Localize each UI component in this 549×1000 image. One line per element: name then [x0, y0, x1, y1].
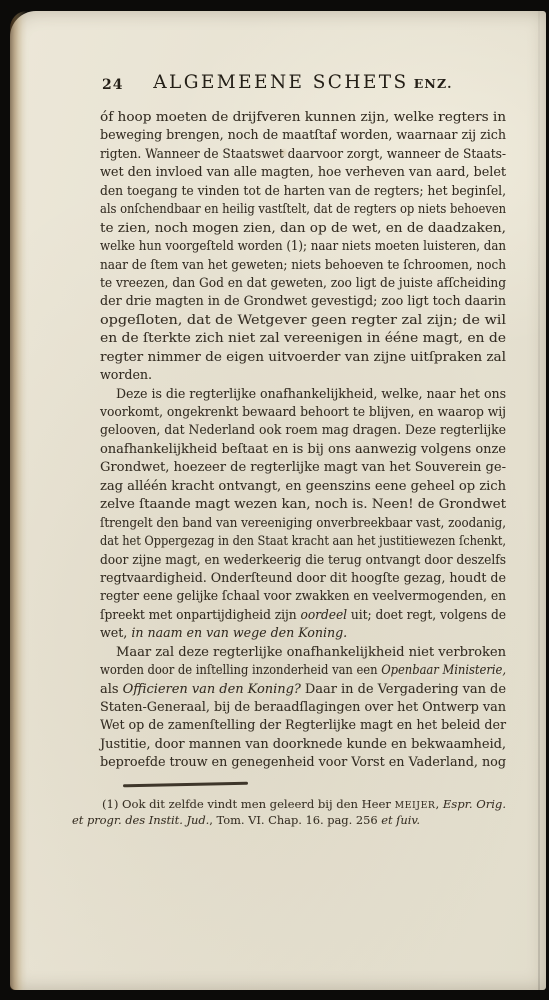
text-line: voorkomt, ongekrenkt bewaard behoort te … — [100, 403, 506, 421]
text-line: beweging brengen, noch de maatſtaf worde… — [100, 126, 506, 144]
text-segment: gelooven, dat Nederland ook roem mag dra… — [100, 422, 506, 437]
text-line: Wet op de zamenſtelling der Regterlijke … — [100, 716, 506, 734]
text-line: Deze is die regterlijke onafhankelijkhei… — [100, 385, 506, 403]
text-segment: rigten. Wanneer de Staatswet daarvoor zo… — [100, 146, 506, 161]
text-segment: beweging brengen, noch de maatſtaf worde… — [100, 127, 506, 142]
text-line: regtvaardigheid. Onderſteund door dit ho… — [100, 569, 506, 587]
text-segment: regter eene gelijke ſchaal voor zwakken … — [100, 588, 506, 603]
text-segment: Wet op de zamenſtelling der Regterlijke … — [100, 717, 506, 732]
text-line: wet den invloed van alle magten, hoe ver… — [100, 163, 506, 181]
text-line: regter nimmer de eigen uitvoerder van zi… — [100, 348, 506, 366]
text-segment: welke hun voorgeſteld worden (1); naar n… — [100, 238, 506, 253]
footnote-line: et progr. des Instit. Jud., Tom. VI. Cha… — [72, 813, 506, 829]
book-page: 24 ALGEMEENE SCHETS enz. óf hoop moeten … — [10, 11, 546, 990]
text-segment: te zien, noch mogen zien, dan op de wet,… — [100, 220, 506, 235]
text-line: te vreezen, dan God en dat geweten, zoo … — [100, 274, 506, 292]
text-line: en de ſterkte zich niet zal vereenigen i… — [100, 329, 506, 347]
smallcaps-name: meijer — [395, 801, 436, 811]
text-segment: als onſchendbaar en heilig vastſtelt, da… — [100, 201, 506, 216]
text-segment: regtvaardigheid. Onderſteund door dit ho… — [100, 570, 506, 585]
text-segment: óf hoop moeten de drijfveren kunnen zijn… — [100, 109, 506, 124]
text-segment: , Tom. VI. Chap. 16. pag. 256 — [209, 813, 381, 827]
text-segment: , — [435, 797, 442, 811]
body-text: óf hoop moeten de drijfveren kunnen zijn… — [100, 108, 506, 772]
text-segment: zelve ſtaande magt wezen kan, noch is. N… — [100, 496, 506, 511]
text-line: opgeſloten, dat de Wetgever geen regter … — [100, 311, 506, 329]
text-segment: ſpreekt met onpartijdigheid zijn — [100, 607, 301, 622]
text-segment: onafhankelijkheid beſtaat en is bij ons … — [100, 441, 506, 456]
text-segment: wet den invloed van alle magten, hoe ver… — [100, 164, 506, 179]
text-segment: als — [100, 681, 123, 696]
page-left-edge — [10, 11, 27, 990]
text-segment: ſtrengelt den band van vereeniging onver… — [100, 515, 506, 530]
text-line: óf hoop moeten de drijfveren kunnen zijn… — [100, 108, 506, 126]
paragraph: Deze is die regterlijke onafhankelijkhei… — [100, 385, 506, 643]
text-segment: beproefde trouw en genegenheid voor Vors… — [100, 754, 506, 769]
text-line: den toegang te vinden tot de harten van … — [100, 182, 506, 200]
paragraph: óf hoop moeten de drijfveren kunnen zijn… — [100, 108, 506, 385]
footnote-separator — [123, 782, 248, 788]
text-line: naar de ſtem van het geweten; niets beho… — [100, 256, 506, 274]
text-line: zag alléén kracht ontvangt, en geenszins… — [100, 477, 506, 495]
text-line: als Officieren van den Koning? Daar in d… — [100, 680, 506, 698]
text-segment: Maar zal deze regterlijke onafhankelijkh… — [116, 644, 506, 659]
text-line: Maar zal deze regterlijke onafhankelijkh… — [100, 643, 506, 661]
text-segment: zag alléén kracht ontvangt, en geenszins… — [100, 478, 506, 493]
text-line: beproefde trouw en genegenheid voor Vors… — [100, 753, 506, 771]
text-segment: Justitie, door mannen van doorknede kund… — [100, 736, 506, 751]
text-segment: der drie magten in de Grondwet gevestigd… — [100, 293, 506, 308]
text-segment: opgeſloten, dat de Wetgever geen regter … — [100, 312, 506, 327]
text-segment: regter nimmer de eigen uitvoerder van zi… — [100, 349, 506, 364]
text-segment: uit; doet regt, volgens de — [347, 607, 506, 622]
text-segment: en de ſterkte zich niet zal vereenigen i… — [100, 330, 506, 345]
italic-phrase: Openbaar Ministerie, — [381, 662, 506, 677]
italic-phrase: Espr. Orig. — [443, 797, 506, 811]
text-line: ſpreekt met onpartijdigheid zijn oordeel… — [100, 606, 506, 624]
italic-phrase: Officieren van den Koning? — [123, 681, 301, 696]
text-segment: (1) Ook dit zelfde vindt men geleerd bij… — [102, 797, 395, 811]
text-line: worden. — [100, 366, 506, 384]
text-line: te zien, noch mogen zien, dan op de wet,… — [100, 219, 506, 237]
text-line: Staten-Generaal, bij de beraadſlagingen … — [100, 698, 506, 716]
running-header-suffix: enz. — [414, 76, 453, 91]
text-segment: Staten-Generaal, bij de beraadſlagingen … — [100, 699, 506, 714]
text-segment: den toegang te vinden tot de harten van … — [100, 183, 506, 198]
text-segment: worden door de inſtelling inzonderheid v… — [100, 662, 381, 677]
text-line: Justitie, door mannen van doorknede kund… — [100, 735, 506, 753]
text-line: welke hun voorgeſteld worden (1); naar n… — [100, 237, 506, 255]
italic-phrase: in naam en van wege den Koning. — [131, 625, 347, 640]
footnote-line: (1) Ook dit zelfde vindt men geleerd bij… — [72, 797, 506, 813]
paragraph: Maar zal deze regterlijke onafhankelijkh… — [100, 643, 506, 772]
text-segment: Daar in de Vergadering van de — [301, 681, 506, 696]
text-line: worden door de inſtelling inzonderheid v… — [100, 661, 506, 679]
italic-phrase: oordeel — [301, 607, 348, 622]
footnote: (1) Ook dit zelfde vindt men geleerd bij… — [72, 797, 506, 828]
italic-phrase: et progr. des Instit. Jud. — [72, 813, 209, 827]
running-header: ALGEMEENE SCHETS enz. — [100, 72, 506, 93]
text-line: als onſchendbaar en heilig vastſtelt, da… — [100, 200, 506, 218]
text-line: ſtrengelt den band van vereeniging onver… — [100, 514, 506, 532]
page-right-crease — [538, 11, 540, 990]
running-header-title: ALGEMEENE SCHETS — [153, 72, 408, 93]
text-line: gelooven, dat Nederland ook roem mag dra… — [100, 421, 506, 439]
text-segment: wet, — [100, 625, 131, 640]
text-line: onafhankelijkheid beſtaat en is bij ons … — [100, 440, 506, 458]
text-segment: naar de ſtem van het geweten; niets beho… — [100, 257, 506, 272]
text-line: der drie magten in de Grondwet gevestigd… — [100, 292, 506, 310]
text-segment: Deze is die regterlijke onafhankelijkhei… — [116, 386, 506, 401]
text-segment: worden. — [100, 367, 152, 382]
text-line: Grondwet, hoezeer de regterlijke magt va… — [100, 458, 506, 476]
text-segment: voorkomt, ongekrenkt bewaard behoort te … — [100, 404, 506, 419]
italic-phrase: et ſuiv. — [381, 813, 420, 827]
text-line: zelve ſtaande magt wezen kan, noch is. N… — [100, 495, 506, 513]
book-photo: 24 ALGEMEENE SCHETS enz. óf hoop moeten … — [0, 0, 549, 1000]
text-segment: door zijne magt, en wederkeerig die teru… — [100, 552, 506, 567]
text-line: door zijne magt, en wederkeerig die teru… — [100, 551, 506, 569]
text-line: rigten. Wanneer de Staatswet daarvoor zo… — [100, 145, 506, 163]
text-line: dat het Oppergezag in den Staat kracht a… — [100, 532, 506, 550]
text-segment: Grondwet, hoezeer de regterlijke magt va… — [100, 459, 506, 474]
text-line: regter eene gelijke ſchaal voor zwakken … — [100, 587, 506, 605]
text-segment: te vreezen, dan God en dat geweten, zoo … — [100, 275, 506, 290]
text-line: wet, in naam en van wege den Koning. — [100, 624, 506, 642]
text-segment: dat het Oppergezag in den Staat kracht a… — [100, 533, 506, 548]
